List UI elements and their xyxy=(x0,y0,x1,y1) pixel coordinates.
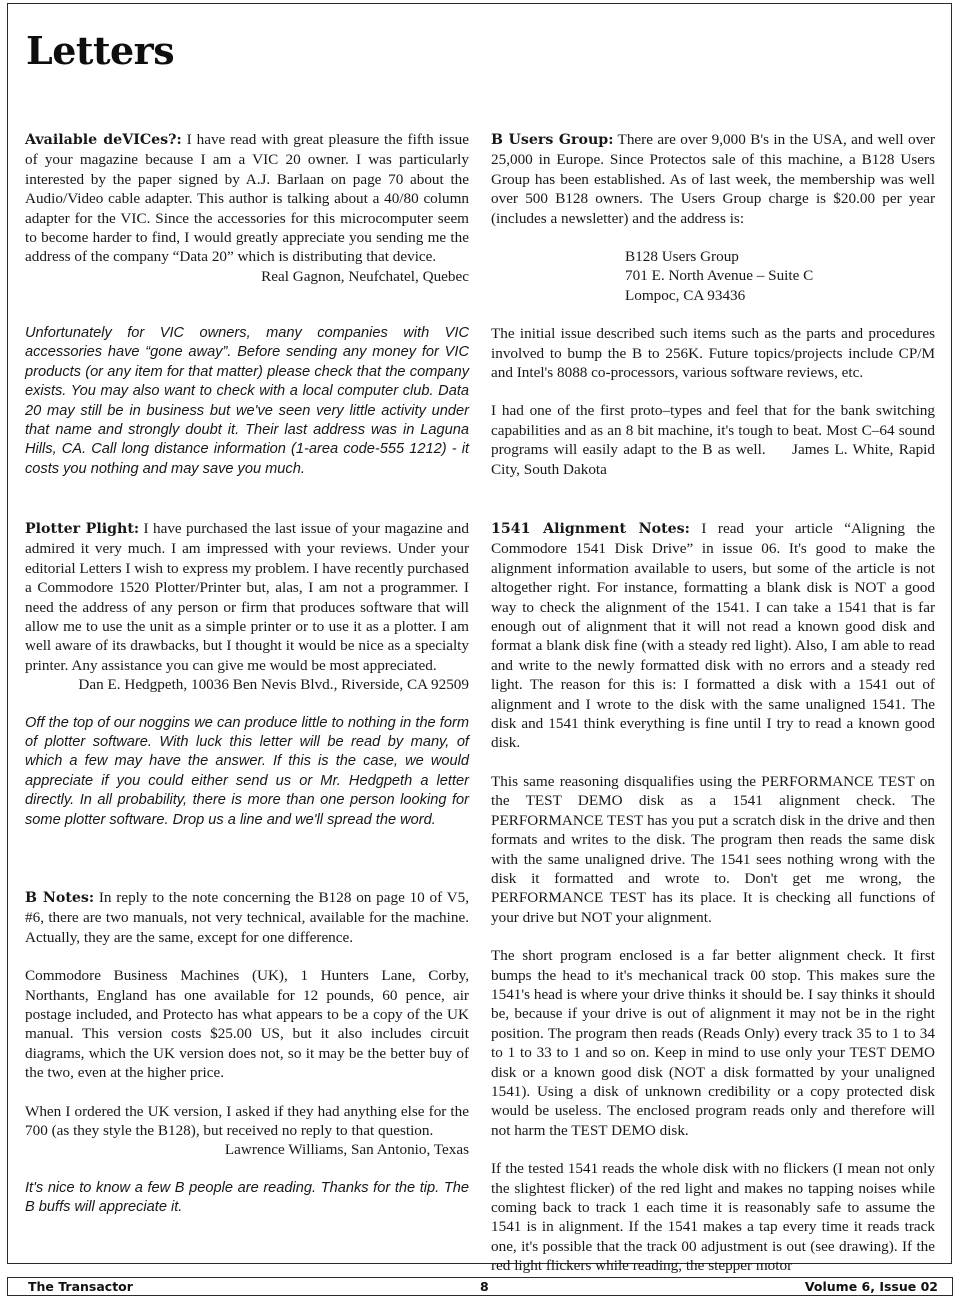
editor-reply-vic: Unfortunately for VIC owners, many compa… xyxy=(25,324,469,479)
letter-body: I have read with great pleasure the fift… xyxy=(25,131,469,265)
letter-signature: Lawrence Williams, San Antonio, Texas xyxy=(25,1140,469,1159)
letter-1541-alignment: 1541 Alignment Notes: I read your articl… xyxy=(491,519,935,1276)
letter-paragraph: This same reasoning disqualifies using t… xyxy=(491,772,935,927)
letter-available-devices: Available deVICes?: I have read with gre… xyxy=(25,130,469,286)
letter-b-notes: B Notes: In reply to the note concerning… xyxy=(25,888,469,1218)
letter-signature: Dan E. Hedgpeth, 10036 Ben Nevis Blvd., … xyxy=(25,675,469,694)
letter-paragraph: The initial issue described such items s… xyxy=(491,324,935,382)
letter-heading: B Notes: xyxy=(25,890,94,906)
letter-heading: 1541 Alignment Notes: xyxy=(491,521,690,537)
editor-reply-plotter: Off the top of our noggins we can produc… xyxy=(25,714,469,830)
letter-signature: Real Gagnon, Neufchatel, Quebec xyxy=(25,267,469,286)
issue-label: Volume 6, Issue 02 xyxy=(805,1279,938,1294)
letter-paragraph: If the tested 1541 reads the whole disk … xyxy=(491,1159,935,1275)
letter-heading: Available deVICes?: xyxy=(25,132,182,148)
letter-heading: Plotter Plight: xyxy=(25,521,139,537)
address-line: Lompoc, CA 93436 xyxy=(491,286,935,305)
page-footer: The Transactor 8 Volume 6, Issue 02 xyxy=(7,1277,953,1296)
letter-b-users-group: B Users Group: There are over 9,000 B's … xyxy=(491,130,935,479)
address-line: 701 E. North Avenue – Suite C xyxy=(491,266,935,285)
page-number: 8 xyxy=(480,1279,489,1294)
page-title: Letters xyxy=(26,28,174,73)
letter-heading: B Users Group: xyxy=(491,132,613,148)
letter-body: I read your article “Aligning the Commod… xyxy=(491,520,935,751)
letter-body: I have purchased the last issue of your … xyxy=(25,520,469,674)
publication-name: The Transactor xyxy=(28,1279,133,1294)
address-line: B128 Users Group xyxy=(491,247,935,266)
editor-reply-b-notes: It's nice to know a few B people are rea… xyxy=(25,1179,469,1218)
letter-paragraph: When I ordered the UK version, I asked i… xyxy=(25,1102,469,1141)
letter-paragraph: Commodore Business Machines (UK), 1 Hunt… xyxy=(25,966,469,1082)
letter-plotter-plight: Plotter Plight: I have purchased the las… xyxy=(25,519,469,830)
letter-paragraph: The short program enclosed is a far bett… xyxy=(491,946,935,1140)
